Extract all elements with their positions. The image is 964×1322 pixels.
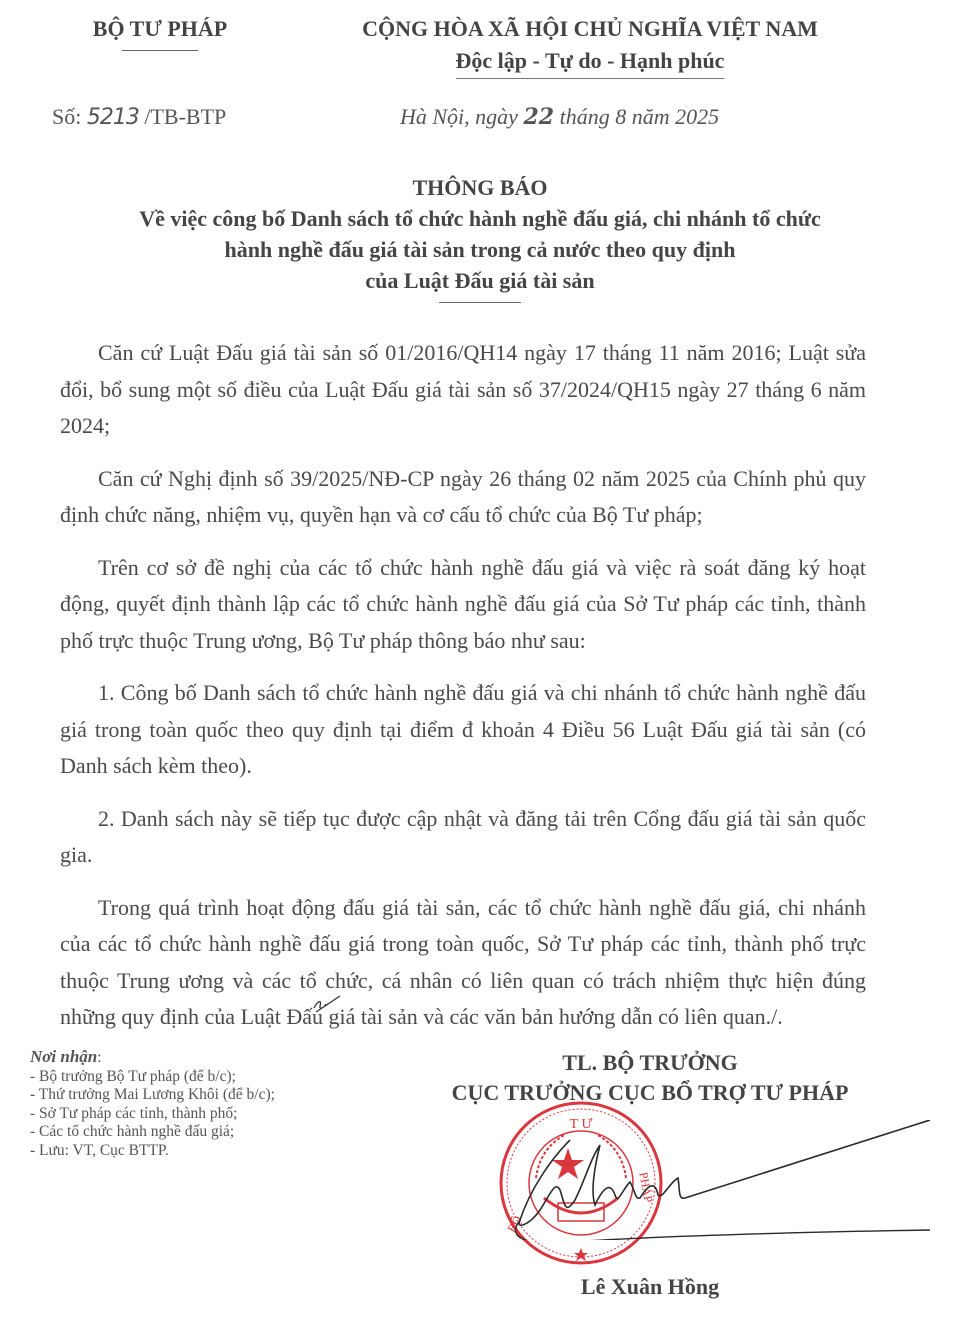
document-number-value: 5213 [87, 105, 139, 130]
recipient-item: - Thứ trưởng Mai Lương Khôi (để b/c); [30, 1086, 410, 1105]
issuing-agency-block: BỘ TƯ PHÁP [40, 16, 280, 51]
recipients-colon: : [97, 1049, 101, 1066]
national-header-block: CỘNG HÒA XÃ HỘI CHỦ NGHĨA VIỆT NAM Độc l… [290, 16, 890, 79]
document-subject-line-1: Về việc công bố Danh sách tổ chức hành n… [30, 203, 930, 234]
handwritten-signature-icon [510, 1120, 930, 1240]
document-number-suffix: /TB-BTP [144, 104, 226, 129]
country-name: CỘNG HÒA XÃ HỘI CHỦ NGHĨA VIỆT NAM [290, 16, 890, 42]
signature-authority-line: TL. BỘ TRƯỞNG [400, 1048, 900, 1078]
recipient-item: - Sở Tư pháp các tỉnh, thành phố; [30, 1105, 410, 1124]
signature-title-line: CỤC TRƯỞNG CỤC BỔ TRỢ TƯ PHÁP [400, 1078, 900, 1108]
date-place: Hà Nội, ngày [400, 104, 518, 129]
body-paragraph: 1. Công bố Danh sách tổ chức hành nghề đ… [60, 675, 866, 785]
issuing-agency: BỘ TƯ PHÁP [40, 16, 280, 42]
recipients-label: Nơi nhận [30, 1047, 97, 1066]
body-paragraph: Trong quá trình hoạt động đấu giá tài sả… [60, 890, 866, 1036]
document-number: Số: 5213 /TB-BTP [52, 104, 226, 130]
initial-mark-icon [310, 990, 350, 1014]
body-paragraph: Căn cứ Nghị định số 39/2025/NĐ-CP ngày 2… [60, 461, 866, 534]
date-day: 22 [523, 104, 554, 130]
document-title-block: THÔNG BÁO Về việc công bố Danh sách tổ c… [30, 172, 930, 303]
date-month-year: tháng 8 năm 2025 [560, 104, 720, 129]
document-subject-line-2: hành nghề đấu giá tài sản trong cả nước … [30, 234, 930, 265]
issue-date: Hà Nội, ngày 22 tháng 8 năm 2025 [400, 104, 719, 130]
body-paragraph: 2. Danh sách này sẽ tiếp tục được cập nh… [60, 801, 866, 874]
document-subject-line-3: của Luật Đấu giá tài sản [30, 265, 930, 296]
document-number-prefix: Số: [52, 104, 81, 129]
recipients-block: Nơi nhận: - Bộ trưởng Bộ Tư pháp (để b/c… [30, 1048, 410, 1160]
signature-block: TL. BỘ TRƯỞNG CỤC TRƯỞNG CỤC BỔ TRỢ TƯ P… [400, 1048, 900, 1108]
signer-name: Lê Xuân Hồng [400, 1274, 900, 1300]
recipient-item: - Các tổ chức hành nghề đấu giá; [30, 1123, 410, 1142]
body-paragraph: Trên cơ sở đề nghị của các tổ chức hành … [60, 550, 866, 660]
title-underline [439, 302, 521, 303]
document-body: Căn cứ Luật Đấu giá tài sản số 01/2016/Q… [60, 335, 866, 1052]
recipient-item: - Lưu: VT, Cục BTTP. [30, 1142, 410, 1161]
recipient-item: - Bộ trưởng Bộ Tư pháp (để b/c); [30, 1068, 410, 1087]
national-motto: Độc lập - Tự do - Hạnh phúc [456, 48, 725, 79]
document-heading: THÔNG BÁO [30, 172, 930, 203]
body-paragraph: Căn cứ Luật Đấu giá tài sản số 01/2016/Q… [60, 335, 866, 445]
agency-underline [122, 50, 198, 51]
